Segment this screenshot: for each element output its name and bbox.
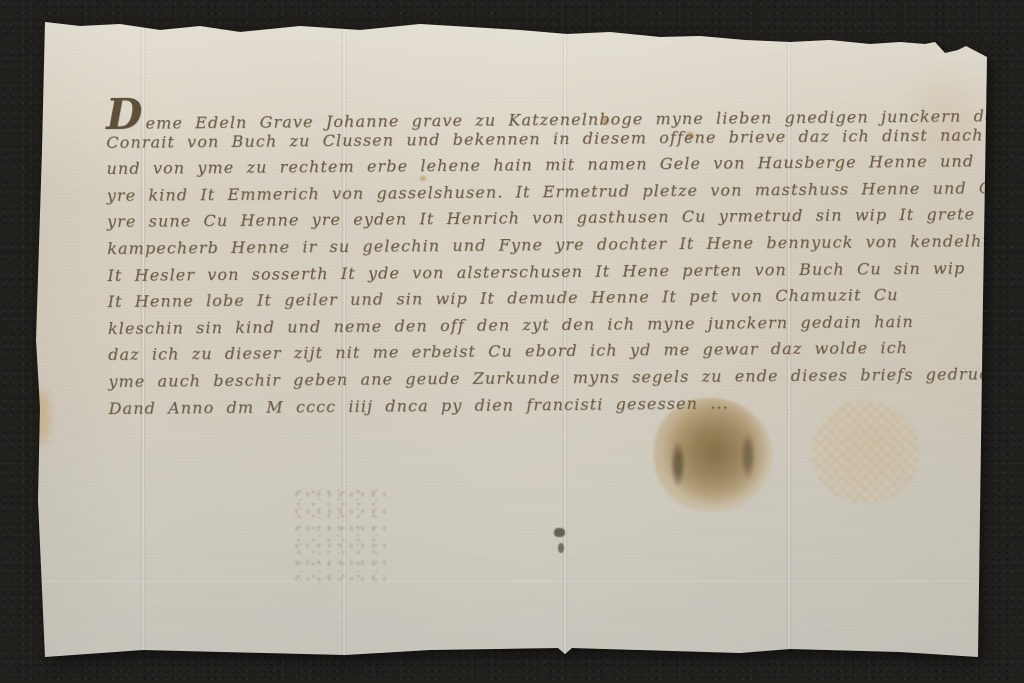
stain-left-edge (33, 390, 50, 444)
stain-speckle-cluster (291, 486, 386, 581)
manuscript-document: Deme Edeln Grave Johanne grave zu Katzen… (36, 18, 988, 663)
manuscript-document-wrap: Deme Edeln Grave Johanne grave zu Katzen… (36, 18, 988, 663)
manuscript-text-block: Deme Edeln Grave Johanne grave zu Katzen… (106, 98, 987, 425)
fold-crease-horizontal (36, 578, 988, 582)
photo-backdrop: Deme Edeln Grave Johanne grave zu Katzen… (0, 0, 1024, 683)
